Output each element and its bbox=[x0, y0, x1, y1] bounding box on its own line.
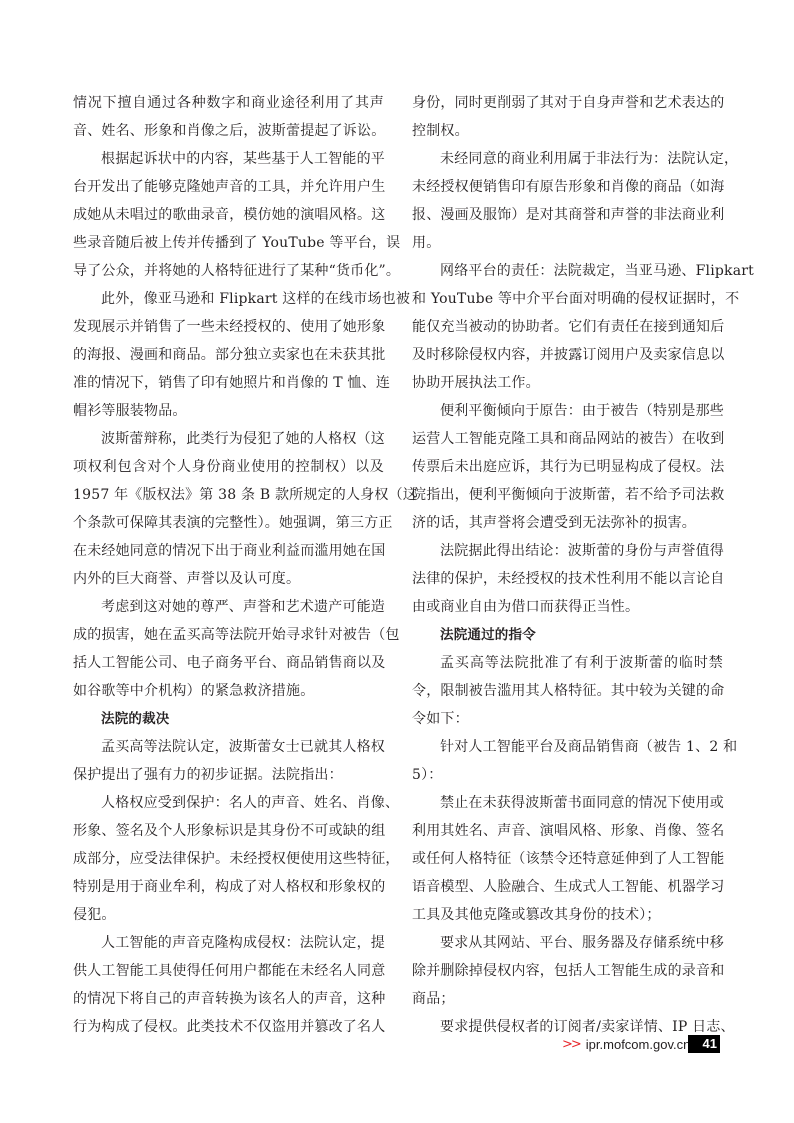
text-line: 在未经她同意的情况下出于商业利益而滥用她在国 bbox=[73, 537, 384, 565]
text-line: 法院据此得出结论：波斯蕾的身份与声誉值得 bbox=[412, 537, 723, 565]
text-line: 便利平衡倾向于原告：由于被告（特别是那些 bbox=[412, 397, 723, 425]
text-line: 济的话，其声誉将会遭受到无法弥补的损害。 bbox=[412, 509, 723, 537]
text-line: 些录音随后被上传并传播到了 YouTube 等平台，误 bbox=[73, 229, 384, 257]
text-line: 身份，同时更削弱了其对于自身声誉和艺术表达的 bbox=[412, 89, 723, 117]
text-line: 要求从其网站、平台、服务器及存储系统中移 bbox=[412, 929, 723, 957]
text-line: 协助开展执法工作。 bbox=[412, 369, 723, 397]
text-line: 行为构成了侵权。此类技术不仅盗用并篡改了名人 bbox=[73, 1013, 384, 1041]
text-line: 5）： bbox=[412, 761, 723, 789]
footer-url[interactable]: ipr.mofcom.gov.cn bbox=[586, 1037, 691, 1052]
text-line: 禁止在未获得波斯蕾书面同意的情况下使用或 bbox=[412, 789, 723, 817]
text-line: 利用其姓名、声音、演唱风格、形象、肖像、签名 bbox=[412, 817, 723, 845]
text-line: 网络平台的责任：法院裁定，当亚马逊、Flipkart bbox=[412, 257, 723, 285]
text-line: 此外，像亚马逊和 Flipkart 这样的在线市场也被 bbox=[73, 285, 384, 313]
right-column: 身份，同时更削弱了其对于自身声誉和艺术表达的控制权。未经同意的商业利用属于非法行… bbox=[412, 89, 723, 1041]
text-line: 供人工智能工具使得任何用户都能在未经名人同意 bbox=[73, 957, 384, 985]
text-line: 导了公众，并将她的人格特征进行了某种“货币化”。 bbox=[73, 257, 384, 285]
text-line: 报、漫画及服饰）是对其商誉和声誉的非法商业利 bbox=[412, 201, 723, 229]
text-line: 个条款可保障其表演的完整性）。她强调，第三方正 bbox=[73, 509, 384, 537]
text-line: 帽衫等服装物品。 bbox=[73, 397, 384, 425]
text-line: 院指出，便利平衡倾向于波斯蕾，若不给予司法救 bbox=[412, 481, 723, 509]
text-line: 情况下擅自通过各种数字和商业途径利用了其声 bbox=[73, 89, 384, 117]
text-line: 法律的保护，未经授权的技术性利用不能以言论自 bbox=[412, 565, 723, 593]
text-line: 令如下： bbox=[412, 705, 723, 733]
text-line: 的情况下将自己的声音转换为该名人的声音，这种 bbox=[73, 985, 384, 1013]
text-line: 形象、签名及个人形象标识是其身份不可或缺的组 bbox=[73, 817, 384, 845]
left-column: 情况下擅自通过各种数字和商业途径利用了其声音、姓名、形象和肖像之后，波斯蕾提起了… bbox=[73, 89, 384, 1041]
text-line: 未经同意的商业利用属于非法行为：法院认定， bbox=[412, 145, 723, 173]
text-line: 的海报、漫画和商品。部分独立卖家也在未获其批 bbox=[73, 341, 384, 369]
text-line: 或任何人格特征（该禁令还特意延伸到了人工智能 bbox=[412, 845, 723, 873]
text-line: 准的情况下，销售了印有她照片和肖像的 T 恤、连 bbox=[73, 369, 384, 397]
page-footer: >> ipr.mofcom.gov.cn 41 bbox=[562, 1035, 690, 1053]
text-line: 和 YouTube 等中介平台面对明确的侵权证据时，不 bbox=[412, 285, 723, 313]
text-line: 成的损害，她在孟买高等法院开始寻求针对被告（包 bbox=[73, 621, 384, 649]
text-line: 商品； bbox=[412, 985, 723, 1013]
text-line: 针对人工智能平台及商品销售商（被告 1、2 和 bbox=[412, 733, 723, 761]
text-line: 孟买高等法院批准了有利于波斯蕾的临时禁 bbox=[412, 649, 723, 677]
text-line: 人格权应受到保护：名人的声音、姓名、肖像、 bbox=[73, 789, 384, 817]
text-line: 如谷歌等中介机构）的紧急救济措施。 bbox=[73, 677, 384, 705]
text-line: 由或商业自由为借口而获得正当性。 bbox=[412, 593, 723, 621]
text-line: 运营人工智能克隆工具和商品网站的被告）在收到 bbox=[412, 425, 723, 453]
text-line: 成部分，应受法律保护。未经授权便使用这些特征， bbox=[73, 845, 384, 873]
double-chevron-right-icon: >> bbox=[562, 1037, 580, 1052]
text-line: 语音模型、人脸融合、生成式人工智能、机器学习 bbox=[412, 873, 723, 901]
text-line: 内外的巨大商誉、声誉以及认可度。 bbox=[73, 565, 384, 593]
text-line: 孟买高等法院认定，波斯蕾女士已就其人格权 bbox=[73, 733, 384, 761]
document-page: 情况下擅自通过各种数字和商业途径利用了其声音、姓名、形象和肖像之后，波斯蕾提起了… bbox=[0, 0, 794, 1123]
text-line: 项权利包含对个人身份商业使用的控制权）以及 bbox=[73, 453, 384, 481]
text-line: 特别是用于商业牟利，构成了对人格权和形象权的 bbox=[73, 873, 384, 901]
text-line: 工具及其他克隆或篡改其身份的技术）； bbox=[412, 901, 723, 929]
text-line: 除并删除掉侵权内容，包括人工智能生成的录音和 bbox=[412, 957, 723, 985]
text-line: 人工智能的声音克隆构成侵权：法院认定，提 bbox=[73, 929, 384, 957]
text-line: 及时移除侵权内容，并披露订阅用户及卖家信息以 bbox=[412, 341, 723, 369]
text-line: 未经授权便销售印有原告形象和肖像的商品（如海 bbox=[412, 173, 723, 201]
text-line: 音、姓名、形象和肖像之后，波斯蕾提起了诉讼。 bbox=[73, 117, 384, 145]
text-line: 能仅充当被动的协助者。它们有责任在接到通知后 bbox=[412, 313, 723, 341]
text-line: 保护提出了强有力的初步证据。法院指出： bbox=[73, 761, 384, 789]
text-line: 台开发出了能够克隆她声音的工具，并允许用户生 bbox=[73, 173, 384, 201]
text-line: 用。 bbox=[412, 229, 723, 257]
text-line: 成她从未唱过的歌曲录音，模仿她的演唱风格。这 bbox=[73, 201, 384, 229]
text-line: 1957 年《版权法》第 38 条 B 款所规定的人身权（这 bbox=[73, 481, 384, 509]
text-line: 令，限制被告滥用其人格特征。其中较为关键的命 bbox=[412, 677, 723, 705]
section-heading: 法院的裁决 bbox=[73, 705, 384, 733]
section-heading: 法院通过的指令 bbox=[412, 621, 723, 649]
text-line: 考虑到这对她的尊严、声誉和艺术遗产可能造 bbox=[73, 593, 384, 621]
text-line: 传票后未出庭应诉，其行为已明显构成了侵权。法 bbox=[412, 453, 723, 481]
text-line: 波斯蕾辩称，此类行为侵犯了她的人格权（这 bbox=[73, 425, 384, 453]
text-line: 侵犯。 bbox=[73, 901, 384, 929]
text-line: 根据起诉状中的内容，某些基于人工智能的平 bbox=[73, 145, 384, 173]
text-line: 发现展示并销售了一些未经授权的、使用了她形象 bbox=[73, 313, 384, 341]
text-line: 括人工智能公司、电子商务平台、商品销售商以及 bbox=[73, 649, 384, 677]
text-line: 控制权。 bbox=[412, 117, 723, 145]
page-number: 41 bbox=[688, 1035, 720, 1053]
